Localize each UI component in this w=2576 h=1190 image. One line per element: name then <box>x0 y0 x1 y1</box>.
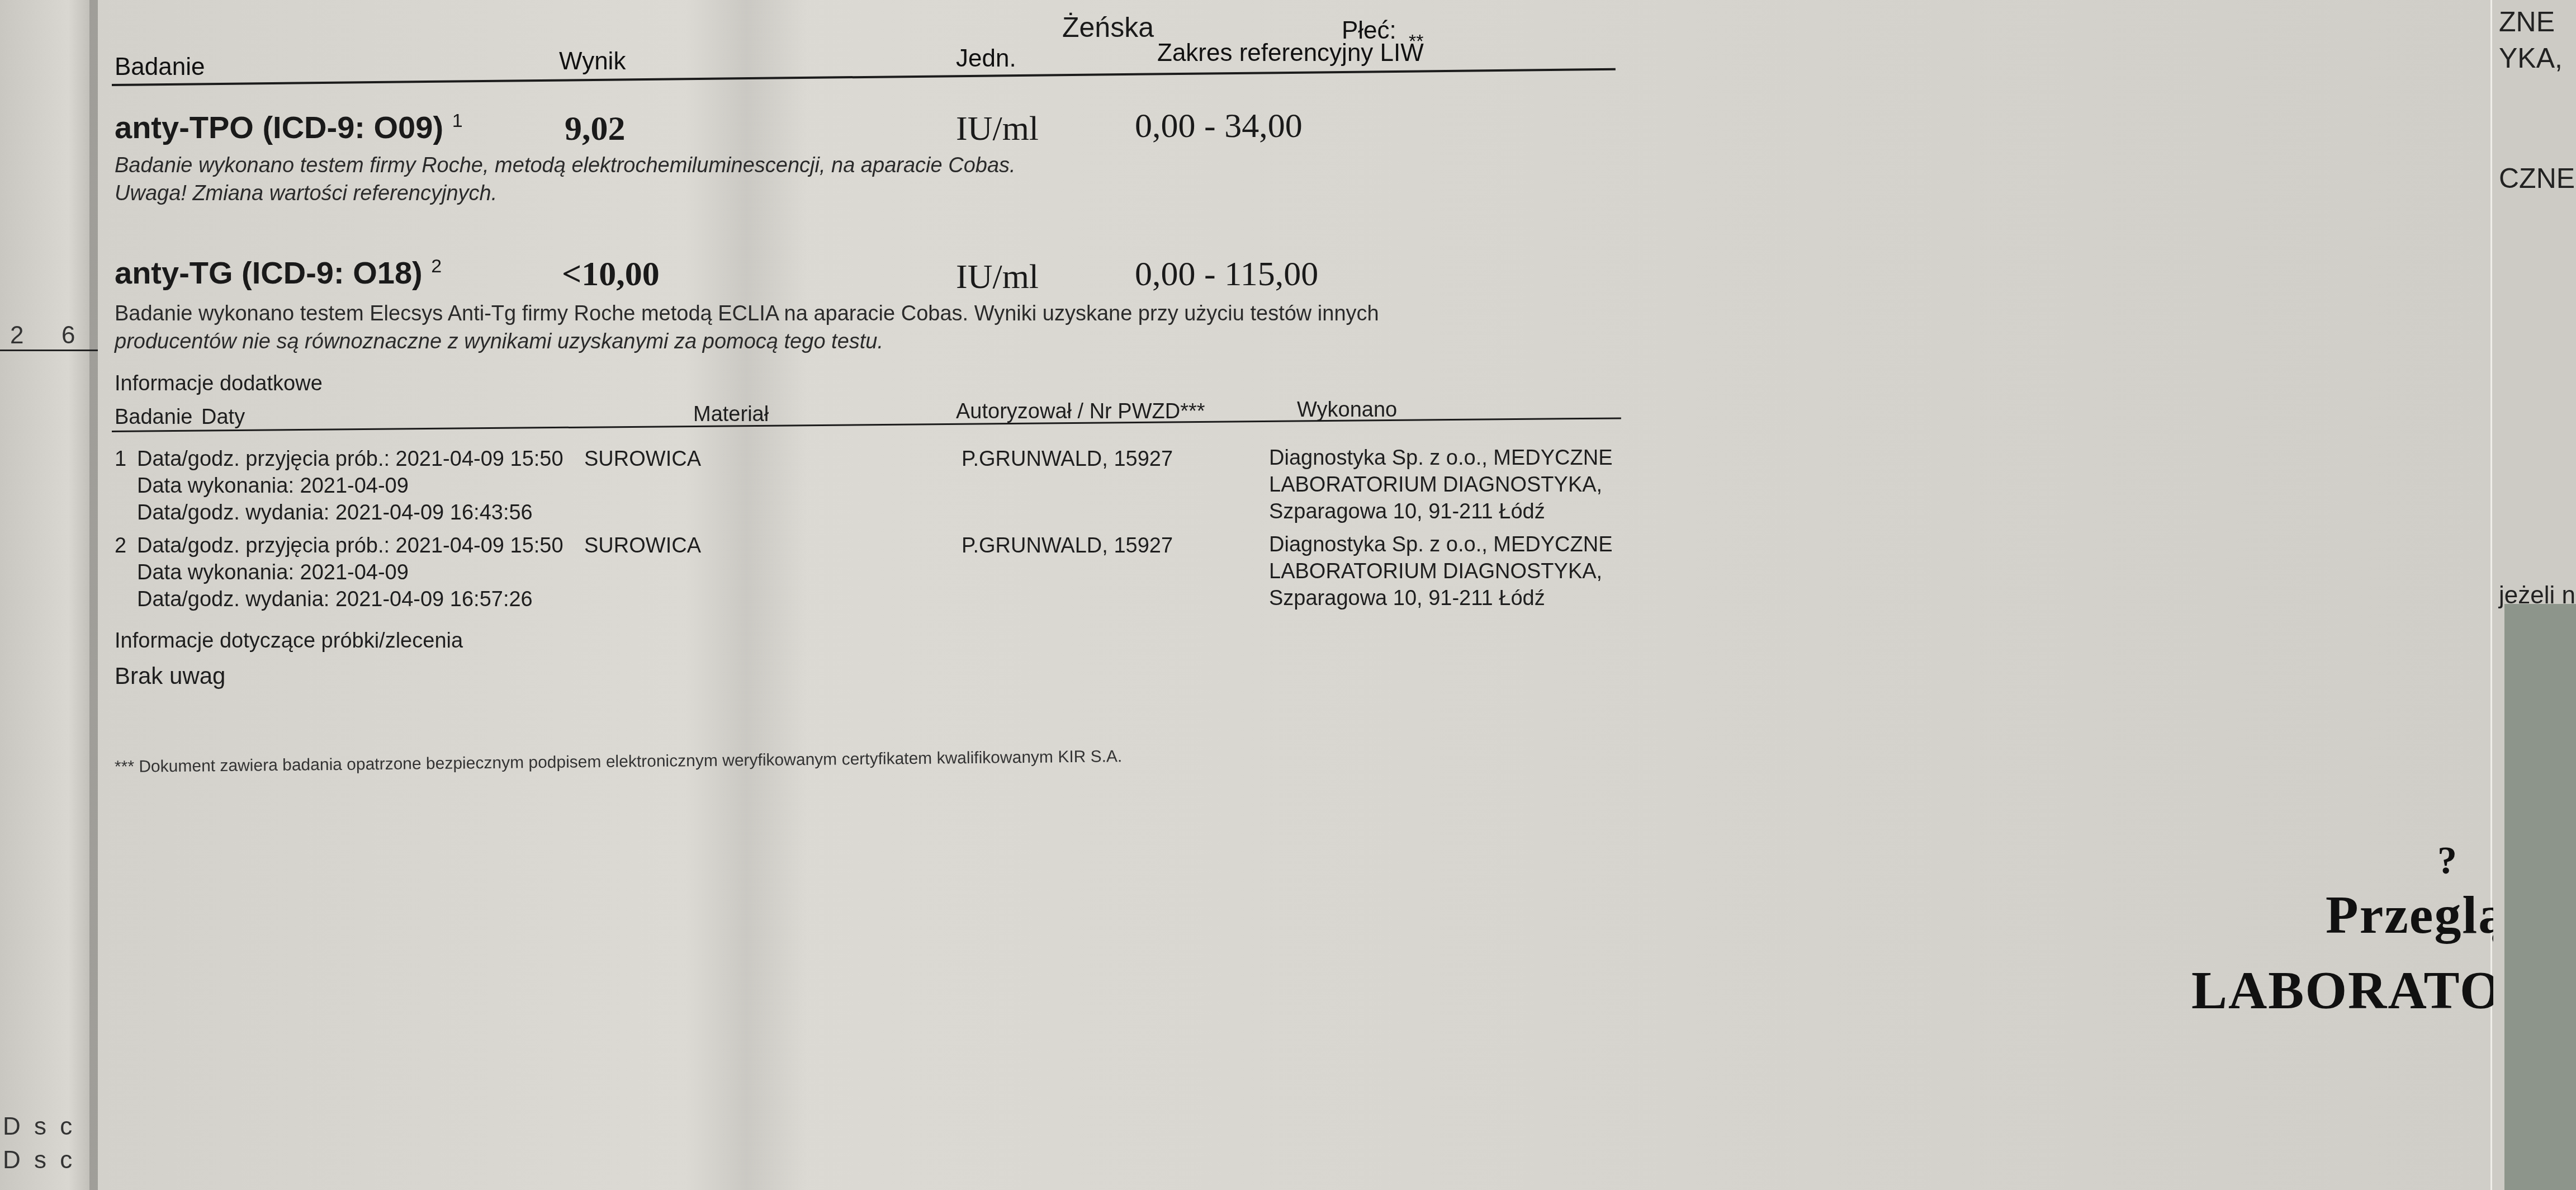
authorized-by: P.GRUNWALD, 15927 <box>962 447 1173 471</box>
test-name: anty-TPO (ICD-9: O09) 1 <box>115 109 463 145</box>
performed-by: LABORATORIUM DIAGNOSTYKA, <box>1269 473 1602 497</box>
test-note: Uwaga! Zmiana wartości referencyjnych. <box>115 182 497 206</box>
col-badanie: Badanie <box>115 53 205 81</box>
reference-range: 0,00 - 34,00 <box>1135 106 1303 146</box>
right-fragment: jeżeli nie <box>2499 582 2576 610</box>
paper-fold <box>685 0 808 1190</box>
date-received: Data/godz. przyjęcia prób.: 2021-04-09 1… <box>137 447 563 471</box>
sex-value: Żeńska <box>1062 11 1154 44</box>
performed-by: Diagnostyka Sp. z o.o., MEDYCZNE <box>1269 533 1613 557</box>
date-issued: Data/godz. wydania: 2021-04-09 16:57:26 <box>137 588 533 612</box>
ruler-mark: 2 <box>10 322 23 350</box>
sample-info-title: Informacje dotyczące próbki/zlecenia <box>115 629 463 653</box>
material: SUROWICA <box>584 447 701 471</box>
performed-by: Szparagowa 10, 91-211 Łódź <box>1269 500 1545 524</box>
col-wykonano: Wykonano <box>1297 398 1397 422</box>
test-note: Badanie wykonano testem Elecsys Anti-Tg … <box>115 302 1379 326</box>
test-note: producentów nie są równoznaczne z wynika… <box>115 330 883 354</box>
ruler-mark: D s c <box>3 1146 75 1174</box>
col-daty: Daty <box>201 405 245 429</box>
stamp: ? Przeglądak LABORATORYJNY <box>1901 839 2493 1118</box>
result-value: <10,00 <box>562 254 660 294</box>
ruler-mark: D s c <box>3 1113 75 1141</box>
ruler-line <box>0 350 98 351</box>
test-name-text: anty-TG (ICD-9: O18) <box>115 255 423 290</box>
stamp-line: LABORATORYJNY <box>2191 959 2493 1021</box>
right-fragment: ZNE <box>2499 6 2555 38</box>
footnote-marker: 2 <box>431 256 442 277</box>
result-unit: IU/ml <box>956 257 1039 297</box>
sample-info-value: Brak uwag <box>115 663 225 690</box>
performed-by: Szparagowa 10, 91-211 Łódź <box>1269 587 1545 611</box>
ruler-mark: 6 <box>61 322 75 350</box>
performed-by: LABORATORIUM DIAGNOSTYKA, <box>1269 560 1602 584</box>
right-fragment: CZNE <box>2499 162 2575 195</box>
row-number: 1 <box>115 447 126 471</box>
stamp-line: ? <box>2437 839 2458 884</box>
additional-info-title: Informacje dodatkowe <box>115 372 323 396</box>
row-number: 2 <box>115 534 126 558</box>
material: SUROWICA <box>584 534 701 558</box>
performed-by: Diagnostyka Sp. z o.o., MEDYCZNE <box>1269 446 1613 470</box>
col-zakres: Zakres referencyjny LIW <box>1157 39 1424 67</box>
right-fragment: YKA, <box>2499 42 2563 74</box>
date-performed: Data wykonania: 2021-04-09 <box>137 474 409 498</box>
col-jedn: Jedn. <box>956 45 1016 73</box>
test-name: anty-TG (ICD-9: O18) 2 <box>115 254 442 291</box>
col-wynik: Wynik <box>559 48 626 75</box>
green-tape <box>2504 604 2576 1190</box>
result-value: 9,02 <box>565 109 626 149</box>
authorized-by: P.GRUNWALD, 15927 <box>962 534 1173 558</box>
test-note: Badanie wykonano testem firmy Roche, met… <box>115 154 1016 178</box>
date-received: Data/godz. przyjęcia prób.: 2021-04-09 1… <box>137 534 563 558</box>
reference-range: 0,00 - 115,00 <box>1135 254 1318 294</box>
footnote-marker: 1 <box>452 110 463 131</box>
left-ruler-strip <box>0 0 98 1190</box>
col-autoryzowal: Autoryzował / Nr PWZD*** <box>956 400 1205 424</box>
col-badanie-2: Badanie <box>115 405 192 429</box>
date-issued: Data/godz. wydania: 2021-04-09 16:43:56 <box>137 501 533 525</box>
result-unit: IU/ml <box>956 109 1039 149</box>
test-name-text: anty-TPO (ICD-9: O09) <box>115 110 443 145</box>
col-material: Materiał <box>693 403 769 427</box>
stamp-line: Przeglądak <box>2326 884 2493 946</box>
col-liw-marker: ** <box>1409 31 1423 53</box>
date-performed: Data wykonania: 2021-04-09 <box>137 561 409 585</box>
